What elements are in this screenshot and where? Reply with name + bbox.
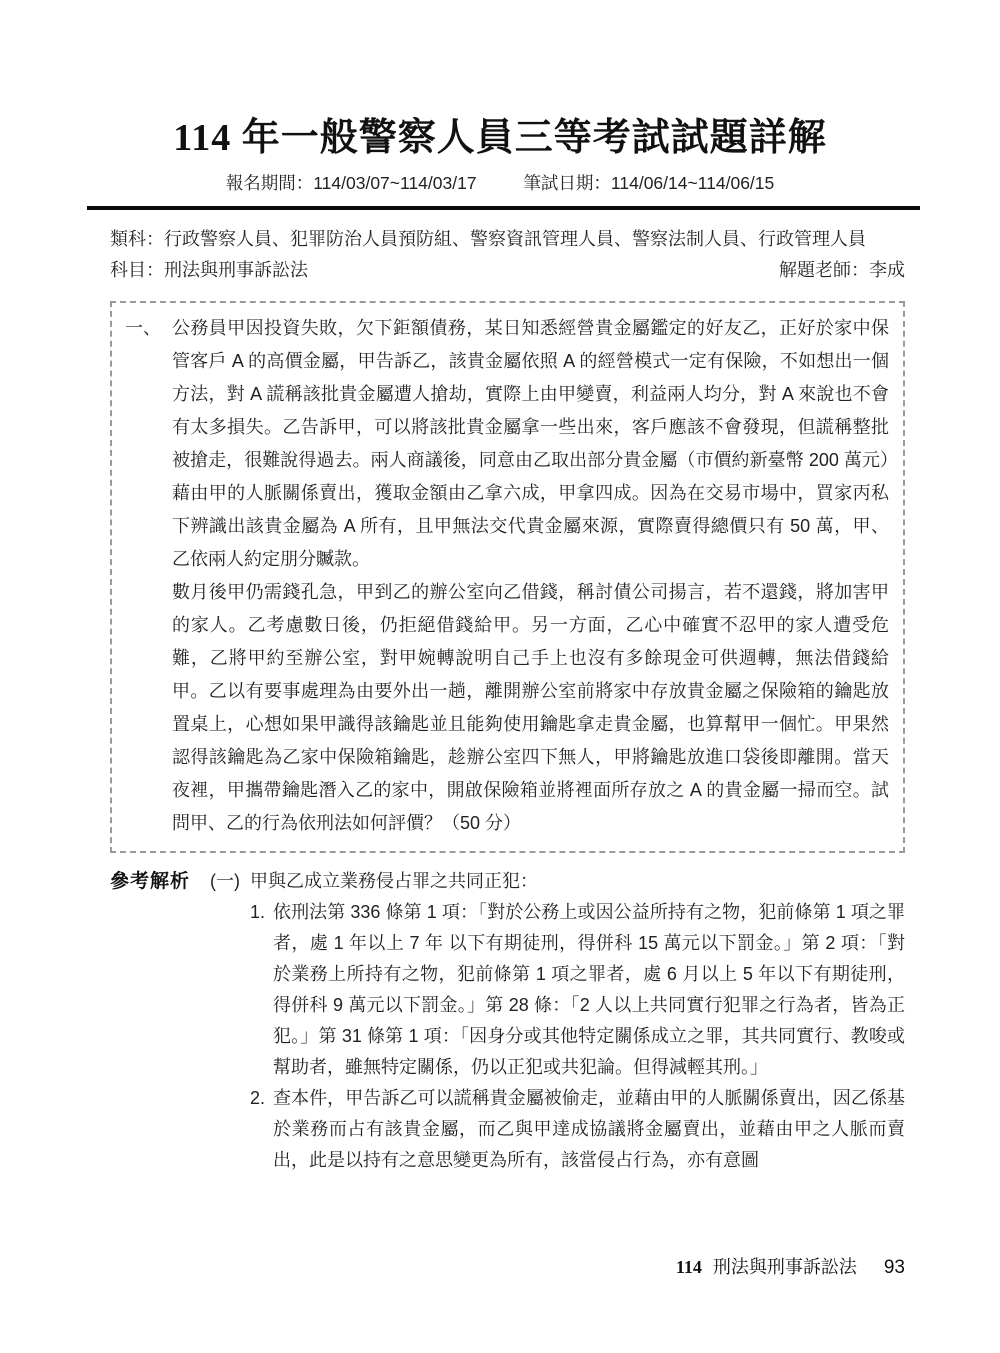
exam-meta: 類科： 行政警察人員、犯罪防治人員預防組、警察資訊管理人員、警察法制人員、行政管…	[110, 224, 905, 285]
analysis-item-text: 查本件，甲告訴乙可以謊稱貴金屬被偷走，並藉由甲的人脈關係賣出，因乙係基於業務而占…	[273, 1083, 905, 1176]
page-title: 114 年一般警察人員三等考試試題詳解	[0, 0, 1000, 161]
header-divider	[87, 206, 920, 210]
question-box: 一、 公務員甲因投資失敗，欠下鉅額債務，某日知悉經營貴金屬鑑定的好友乙，正好於家…	[110, 301, 905, 853]
question-number: 一、	[125, 312, 172, 840]
teacher-name: 解題老師：李成	[779, 255, 905, 285]
analysis-item-list: 1. 依刑法第 336 條第 1 項：「對於公務上或因公益所持有之物，犯前條第 …	[250, 897, 905, 1176]
analysis-section-heading: 甲與乙成立業務侵占罪之共同正犯：	[250, 866, 905, 897]
category-row: 類科： 行政警察人員、犯罪防治人員預防組、警察資訊管理人員、警察法制人員、行政管…	[110, 224, 905, 254]
question-paragraph-2: 數月後甲仍需錢孔急，甲到乙的辦公室向乙借錢，稱討債公司揚言，若不還錢，將加害甲的…	[172, 576, 889, 840]
subject-row: 科目： 刑法與刑事訴訟法 解題老師：李成	[110, 255, 905, 285]
document-page: 114 年一般警察人員三等考試試題詳解 報名期間：114/03/07~114/0…	[0, 0, 1000, 1353]
footer-book-title: 刑法與刑事訴訟法	[713, 1257, 857, 1277]
exam-dates-row: 報名期間：114/03/07~114/03/17 筆試日期：114/06/14~…	[0, 170, 1000, 195]
analysis-label: 參考解析	[110, 866, 210, 1176]
analysis-item: 1. 依刑法第 336 條第 1 項：「對於公務上或因公益所持有之物，犯前條第 …	[250, 897, 905, 1083]
registration-period: 報名期間：114/03/07~114/03/17	[226, 173, 477, 193]
footer-page-number: 93	[884, 1257, 905, 1278]
analysis-content: (一) 甲與乙成立業務侵占罪之共同正犯： 1. 依刑法第 336 條第 1 項：…	[210, 866, 905, 1176]
analysis-item-text: 依刑法第 336 條第 1 項：「對於公務上或因公益所持有之物，犯前條第 1 項…	[273, 897, 905, 1083]
subject-label: 科目：	[110, 255, 164, 285]
analysis-item-number: 2.	[250, 1083, 273, 1176]
analysis-item-number: 1.	[250, 897, 273, 1083]
category-value: 行政警察人員、犯罪防治人員預防組、警察資訊管理人員、警察法制人員、行政管理人員	[164, 224, 905, 254]
category-label: 類科：	[110, 224, 164, 254]
question-paragraph-1: 公務員甲因投資失敗，欠下鉅額債務，某日知悉經營貴金屬鑑定的好友乙，正好於家中保管…	[172, 312, 889, 576]
written-exam-date: 筆試日期：114/06/14~114/06/15	[523, 173, 774, 193]
page-footer: 114 刑法與刑事訴訟法 93	[676, 1253, 905, 1279]
analysis-section-heading-row: (一) 甲與乙成立業務侵占罪之共同正犯：	[210, 866, 905, 897]
reference-analysis: 參考解析 (一) 甲與乙成立業務侵占罪之共同正犯： 1. 依刑法第 336 條第…	[110, 866, 905, 1176]
question-body: 公務員甲因投資失敗，欠下鉅額債務，某日知悉經營貴金屬鑑定的好友乙，正好於家中保管…	[172, 312, 889, 840]
analysis-section-marker: (一)	[210, 866, 250, 897]
subject-value: 刑法與刑事訴訟法	[164, 255, 308, 285]
analysis-item: 2. 查本件，甲告訴乙可以謊稱貴金屬被偷走，並藉由甲的人脈關係賣出，因乙係基於業…	[250, 1083, 905, 1176]
footer-book-number: 114	[676, 1257, 702, 1277]
